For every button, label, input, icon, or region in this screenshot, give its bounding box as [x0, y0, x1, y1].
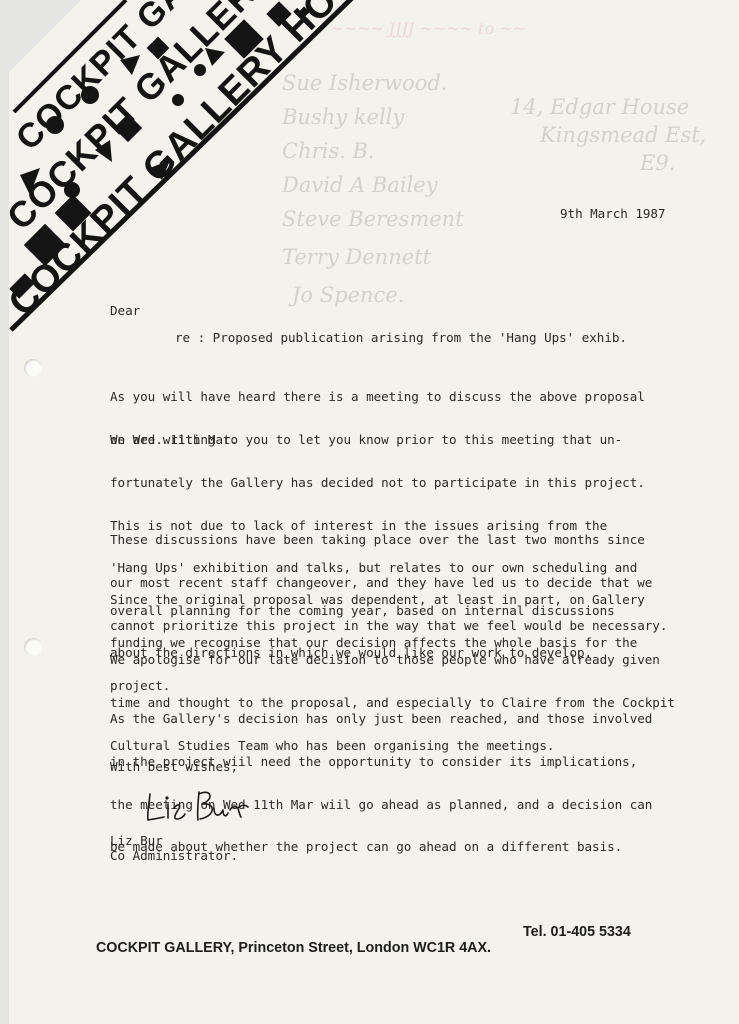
closing: With best wishes,	[110, 760, 238, 774]
show-through-address-line: Kingsmead Est,	[540, 118, 706, 152]
signature: Liz Bur	[144, 786, 254, 826]
paragraph-line: Since the original proposal was dependen…	[110, 593, 645, 607]
letterhead-footer: COCKPIT GALLERY, Princeton Street, Londo…	[88, 924, 491, 972]
paragraph-line: These discussions have been taking place…	[110, 533, 667, 547]
paragraph-line: We apologise for our late decision to th…	[110, 653, 675, 667]
paragraph-line: As you will have heard there is a meetin…	[110, 390, 645, 404]
signer-title: Co Administrator.	[110, 849, 238, 863]
footer-address: COCKPIT GALLERY, Princeton Street, Londo…	[96, 940, 491, 956]
cockpit-gallery-logo: COCKPIT GALLERY HOLBORN COCKPIT GALLERY …	[0, 0, 380, 340]
punch-hole	[24, 359, 42, 377]
paragraph-line: fortunately the Gallery has decided not …	[110, 476, 645, 490]
letter-date: 9th March 1987	[560, 207, 665, 221]
paragraph-line: As the Gallery's decision has only just …	[110, 712, 652, 726]
paragraph-line: We are writing to you to let you know pr…	[110, 433, 645, 447]
show-through-address-line: E9.	[640, 146, 675, 180]
punch-hole	[24, 638, 42, 656]
subject-line: re : Proposed publication arising from t…	[175, 331, 627, 345]
salutation: Dear	[110, 304, 140, 318]
signer-name: Liz Bur	[110, 834, 163, 848]
footer-telephone: Tel. 01-405 5334	[523, 924, 631, 940]
